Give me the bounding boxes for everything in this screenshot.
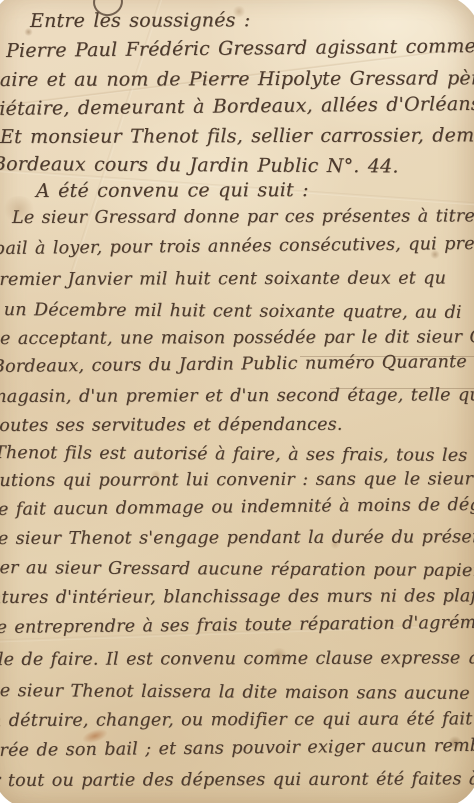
manuscript-line: Entre les soussignés :	[30, 9, 251, 32]
scanned-manuscript: Entre les soussignés : Pierre Paul Frédé…	[0, 0, 474, 803]
manuscript-line: ce acceptant, une maison possédée par le…	[0, 327, 474, 349]
manuscript-line: ntures d'intérieur, blanchissage des mur…	[0, 586, 474, 608]
manuscript-line: Le sieur Gressard donne par ces présente…	[12, 206, 474, 228]
manuscript-line: lle de faire. Il est convenu comme claus…	[0, 648, 474, 670]
manuscript-line: r tout ou partie des dépenses qui auront…	[0, 769, 474, 791]
manuscript-line: n détruire, changer, ou modifier ce qui …	[0, 709, 474, 731]
manuscript-line: A été convenu ce qui suit :	[36, 179, 309, 202]
manuscript-line: taire et au nom de Pierre Hipolyte Gress…	[0, 67, 474, 91]
manuscript-line: ner au sieur Gressard aucune réparation …	[0, 558, 474, 581]
manuscript-line: Thenot fils est autorisé à faire, à ses …	[0, 443, 474, 466]
manuscript-line: e un Décembre mil huit cent soixante qua…	[0, 300, 462, 323]
manuscript-line: butions qui pourront lui convenir : sans…	[0, 469, 474, 491]
manuscript-line: Bordeaux cours du Jardin Public N°. 44.	[0, 153, 399, 177]
manuscript-line: Et monsieur Thenot fils, sellier carross…	[0, 124, 474, 148]
manuscript-line: toutes ses servitudes et dépendances.	[0, 415, 343, 436]
manuscript-line: premier Janvier mil huit cent soixante d…	[0, 268, 446, 290]
manuscript-line: magasin, d'un premier et d'un second éta…	[0, 385, 474, 407]
manuscript-line: le sieur Thenot laissera la dite maison …	[0, 681, 474, 704]
manuscript-line: Le sieur Thenot s'engage pendant la duré…	[0, 527, 474, 549]
